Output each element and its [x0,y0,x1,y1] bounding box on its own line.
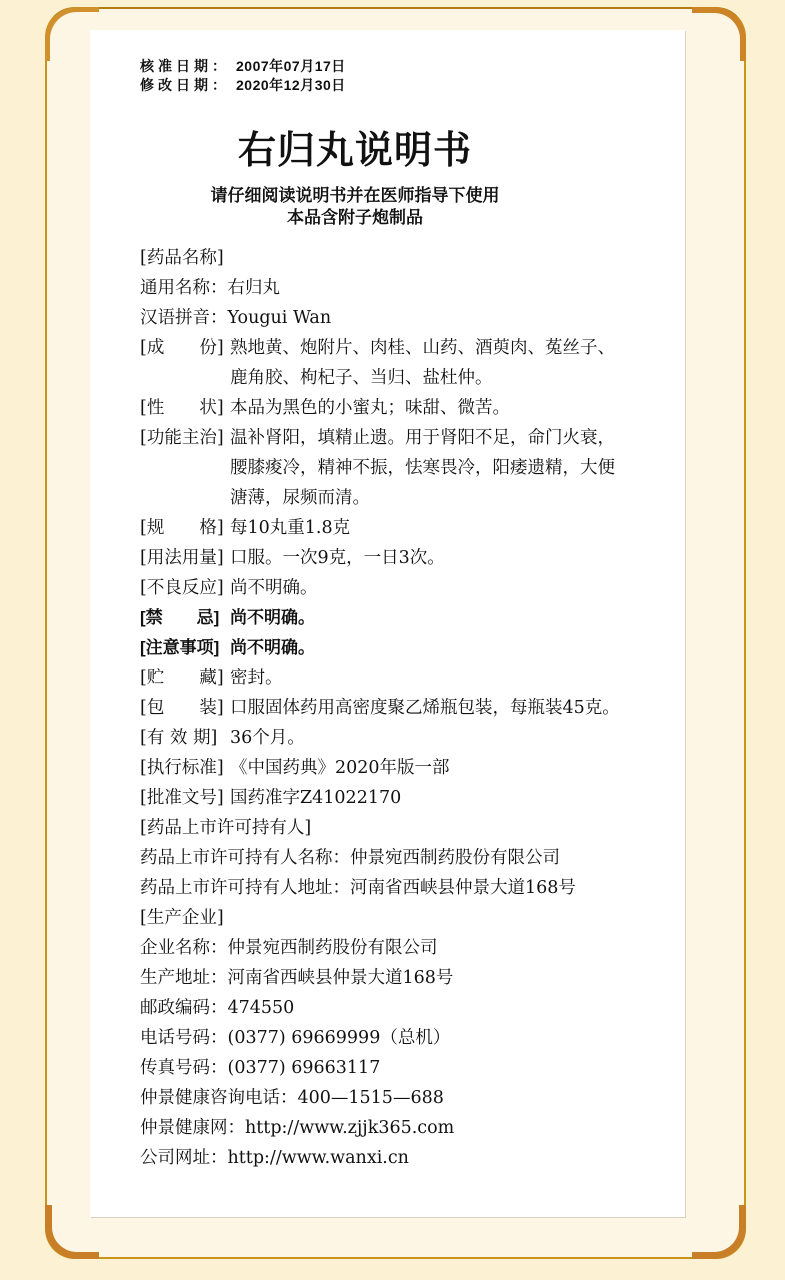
sections-list: [药品名称] 通用名称：右归丸 汉语拼音：Yougui Wan [成 份] 熟地… [140,243,660,1173]
section-label: [有 效 期] [140,723,230,753]
section-content: 国药准字Z41022170 [230,783,622,813]
section-label: [禁 忌] [140,603,230,633]
section-row: [执行标准] 《中国药典》2020年版一部 [140,753,660,783]
section-content: 温补肾阳，填精止遗。用于肾阳不足，命门火衰，腰膝痠冷，精神不振，怯寒畏冷，阳痿遗… [230,423,622,513]
section-content: 仲景健康咨询电话：400—1515—688 [140,1083,444,1113]
section-label: [执行标准] [140,753,230,783]
section-row: [药品上市许可持有人] [140,813,660,843]
usage-notice: 请仔细阅读说明书并在医师指导下使用 [95,185,615,207]
frame-corner-bottom-right [692,1205,746,1259]
section-content: 尚不明确。 [230,633,622,663]
section-label: [药品名称] [140,243,224,273]
section-content: 熟地黄、炮附片、肉桂、山药、酒萸肉、菟丝子、鹿角胶、枸杞子、当归、盐杜仲。 [230,333,622,393]
section-row: [药品名称] [140,243,660,273]
section-label: [用法用量] [140,543,230,573]
page-title: 右归丸说明书 [95,129,615,173]
section-row: [生产企业] [140,903,660,933]
section-row: 生产地址：河南省西峡县仲景大道168号 [140,963,660,993]
section-content: 密封。 [230,663,622,693]
section-content: 电话号码：(0377) 69669999（总机） [140,1023,450,1053]
section-row: [贮 藏] 密封。 [140,663,660,693]
section-row: 药品上市许可持有人名称：仲景宛西制药股份有限公司 [140,843,660,873]
section-row: [有 效 期] 36个月。 [140,723,660,753]
section-label: [注意事项] [140,633,230,663]
approval-date-label: 核准日期： [140,58,230,74]
section-content: 药品上市许可持有人名称：仲景宛西制药股份有限公司 [140,843,560,873]
section-content: 《中国药典》2020年版一部 [230,753,622,783]
screenshot-root: { "colors": { "frame_gold": "#c8941a", "… [0,0,785,1280]
section-row: [性 状] 本品为黑色的小蜜丸；味甜、微苦。 [140,393,660,423]
section-content: 尚不明确。 [230,603,622,633]
section-row: [禁 忌] 尚不明确。 [140,603,660,633]
section-content: 传真号码：(0377) 69663117 [140,1053,380,1083]
section-content: 本品为黑色的小蜜丸；味甜、微苦。 [230,393,622,423]
section-label: [性 状] [140,393,230,423]
section-label: [批准文号] [140,783,230,813]
section-row: [用法用量] 口服。一次9克，一日3次。 [140,543,660,573]
section-content: 仲景健康网：http://www.zjjk365.com [140,1113,454,1143]
section-row: 仲景健康咨询电话：400—1515—688 [140,1083,660,1113]
section-label: [成 份] [140,333,230,363]
section-content: 生产地址：河南省西峡县仲景大道168号 [140,963,453,993]
aconite-notice: 本品含附子炮制品 [95,207,615,229]
section-row: [批准文号] 国药准字Z41022170 [140,783,660,813]
section-content: 汉语拼音：Yougui Wan [140,303,331,333]
section-label: [贮 藏] [140,663,230,693]
section-row: [注意事项] 尚不明确。 [140,633,660,663]
section-row: 企业名称：仲景宛西制药股份有限公司 [140,933,660,963]
section-row: 通用名称：右归丸 [140,273,660,303]
section-row: 邮政编码：474550 [140,993,660,1023]
section-content: 通用名称：右归丸 [140,273,280,303]
section-label: [不良反应] [140,573,230,603]
section-label: [生产企业] [140,903,224,933]
section-content: 药品上市许可持有人地址：河南省西峡县仲景大道168号 [140,873,576,903]
section-row: [规 格] 每10丸重1.8克 [140,513,660,543]
section-row: 电话号码：(0377) 69669999（总机） [140,1023,660,1053]
section-row: [功能主治] 温补肾阳，填精止遗。用于肾阳不足，命门火衰，腰膝痠冷，精神不振，怯… [140,423,660,513]
section-content: 口服固体药用高密度聚乙烯瓶包装，每瓶装45克。 [230,693,622,723]
leaflet-page: 核准日期：2007年07月17日 修改日期：2020年12月30日 右归丸说明书… [90,30,685,1217]
revision-date-value: 2020年12月30日 [236,77,346,93]
section-label: [功能主治] [140,423,230,453]
notices: 请仔细阅读说明书并在医师指导下使用 本品含附子炮制品 [95,185,615,229]
section-row: [包 装] 口服固体药用高密度聚乙烯瓶包装，每瓶装45克。 [140,693,660,723]
section-label: [药品上市许可持有人] [140,813,311,843]
section-content: 尚不明确。 [230,573,622,603]
heading-block: 右归丸说明书 请仔细阅读说明书并在医师指导下使用 本品含附子炮制品 [95,129,615,229]
section-row: 公司网址：http://www.wanxi.cn [140,1143,660,1173]
section-content: 企业名称：仲景宛西制药股份有限公司 [140,933,438,963]
section-row: 仲景健康网：http://www.zjjk365.com [140,1113,660,1143]
section-content: 邮政编码：474550 [140,993,294,1023]
section-row: 传真号码：(0377) 69663117 [140,1053,660,1083]
section-row: [成 份] 熟地黄、炮附片、肉桂、山药、酒萸肉、菟丝子、鹿角胶、枸杞子、当归、盐… [140,333,660,393]
section-row: 汉语拼音：Yougui Wan [140,303,660,333]
section-label: [规 格] [140,513,230,543]
section-row: 药品上市许可持有人地址：河南省西峡县仲景大道168号 [140,873,660,903]
section-content: 口服。一次9克，一日3次。 [230,543,622,573]
frame-corner-top-right [692,7,746,61]
section-content: 36个月。 [230,723,622,753]
revision-date-line: 修改日期：2020年12月30日 [140,76,660,95]
section-content: 公司网址：http://www.wanxi.cn [140,1143,409,1173]
section-row: [不良反应] 尚不明确。 [140,573,660,603]
revision-date-label: 修改日期： [140,77,230,93]
approval-date-line: 核准日期：2007年07月17日 [140,57,660,76]
section-content: 每10丸重1.8克 [230,513,622,543]
section-label: [包 装] [140,693,230,723]
header-dates: 核准日期：2007年07月17日 修改日期：2020年12月30日 [140,57,660,95]
approval-date-value: 2007年07月17日 [236,58,346,74]
